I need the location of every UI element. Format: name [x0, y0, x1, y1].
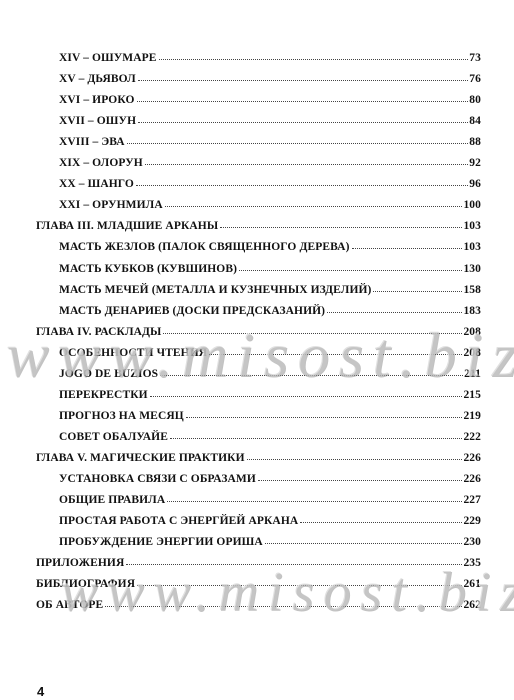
- toc-entry-page: 84: [469, 115, 481, 127]
- toc-entry: ОСОБЕННОСТИ ЧТЕНИЯ208: [59, 339, 481, 359]
- toc-entry: ОБЩИЕ ПРАВИЛА227: [59, 486, 481, 506]
- toc-entry-title: ОСОБЕННОСТИ ЧТЕНИЯ: [59, 347, 208, 359]
- toc-entry-title: XVII – ОШУН: [59, 115, 137, 127]
- toc-entry-title: МАСТЬ ДЕНАРИЕВ (ДОСКИ ПРЕДСКАЗАНИЙ): [59, 305, 326, 317]
- toc-entry-page: 100: [463, 199, 481, 211]
- toc-entry-title: ОБЩИЕ ПРАВИЛА: [59, 494, 166, 506]
- toc-entry-title: ПРОСТАЯ РАБОТА С ЭНЕРГЙЕЙ АРКАНА: [59, 515, 299, 527]
- dot-leader: [167, 501, 462, 502]
- toc-entry-page: 88: [469, 136, 481, 148]
- toc-entry-title: ПЕРЕКРЕСТКИ: [59, 389, 149, 401]
- toc-entry-page: 227: [463, 494, 481, 506]
- toc-entry-page: 80: [469, 94, 481, 106]
- dot-leader: [209, 354, 462, 355]
- toc-entry: ПЕРЕКРЕСТКИ215: [59, 381, 481, 401]
- dot-leader: [145, 164, 469, 165]
- dot-leader: [137, 585, 462, 586]
- toc-entry: МАСТЬ ДЕНАРИЕВ (ДОСКИ ПРЕДСКАЗАНИЙ)183: [59, 297, 481, 317]
- toc-chapter-entry: ГЛАВА V. МАГИЧЕСКИЕ ПРАКТИКИ226: [36, 444, 481, 464]
- toc-entry-page: 103: [463, 241, 481, 253]
- toc-entry-title: ПРОГНОЗ НА МЕСЯЦ: [59, 410, 185, 422]
- toc-entry: МАСТЬ МЕЧЕЙ (МЕТАЛЛА И КУЗНЕЧНЫХ ИЗДЕЛИЙ…: [59, 276, 481, 296]
- toc-entry-page: 235: [463, 557, 481, 569]
- toc-entry: XXI – ОРУНМИЛА100: [59, 191, 481, 211]
- dot-leader: [220, 227, 462, 228]
- toc-entry-page: 229: [463, 515, 481, 527]
- toc-entry-title: ГЛАВА V. МАГИЧЕСКИЕ ПРАКТИКИ: [36, 452, 246, 464]
- toc-entry-title: ГЛАВА IV. РАСКЛАДЫ: [36, 326, 162, 338]
- dot-leader: [239, 270, 462, 271]
- toc-entry-page: 222: [463, 431, 481, 443]
- dot-leader: [165, 206, 463, 207]
- toc-entry-title: XV – ДЬЯВОЛ: [59, 73, 137, 85]
- toc-entry-title: МАСТЬ МЕЧЕЙ (МЕТАЛЛА И КУЗНЕЧНЫХ ИЗДЕЛИЙ…: [59, 284, 372, 296]
- toc-entry: XX – ШАНГО96: [59, 170, 481, 190]
- toc-entry-title: XVIII – ЭВА: [59, 136, 126, 148]
- toc-entry-page: 230: [463, 536, 481, 548]
- toc-entry-page: 76: [469, 73, 481, 85]
- toc-entry-title: XX – ШАНГО: [59, 178, 135, 190]
- toc-chapter-entry: БИБЛИОГРАФИЯ261: [36, 570, 481, 590]
- toc-entry-page: 73: [469, 52, 481, 64]
- toc-entry: JOGO DE BUZIOS211: [59, 360, 481, 380]
- toc-entry-title: МАСТЬ КУБКОВ (КУВШИНОВ): [59, 263, 238, 275]
- toc-entry-page: 261: [463, 578, 481, 590]
- toc-entry-title: ОБ АВТОРЕ: [36, 599, 104, 611]
- dot-leader: [126, 564, 462, 565]
- toc-entry: МАСТЬ ЖЕЗЛОВ (ПАЛОК СВЯЩЕННОГО ДЕРЕВА)10…: [59, 233, 481, 253]
- toc-chapter-entry: ГЛАВА IV. РАСКЛАДЫ208: [36, 318, 481, 338]
- toc-entry-title: УСТАНОВКА СВЯЗИ С ОБРАЗАМИ: [59, 473, 257, 485]
- dot-leader: [163, 333, 462, 334]
- toc-entry: XVII – ОШУН84: [59, 107, 481, 127]
- dot-leader: [265, 543, 463, 544]
- toc-entry: ПРОБУЖДЕНИЕ ЭНЕРГИИ ОРИША230: [59, 528, 481, 548]
- toc-entry-page: 211: [464, 368, 481, 380]
- toc-entry-page: 208: [463, 347, 481, 359]
- dot-leader: [373, 291, 462, 292]
- toc-entry-page: 226: [463, 452, 481, 464]
- toc-entry: XVIII – ЭВА88: [59, 128, 481, 148]
- toc-entry-page: 226: [463, 473, 481, 485]
- toc-entry-title: JOGO DE BUZIOS: [59, 368, 159, 380]
- toc-chapter-entry: ПРИЛОЖЕНИЯ235: [36, 549, 481, 569]
- toc-entry: ПРОГНОЗ НА МЕСЯЦ219: [59, 402, 481, 422]
- toc-entry-page: 96: [469, 178, 481, 190]
- dot-leader: [150, 396, 463, 397]
- dot-leader: [327, 312, 462, 313]
- toc-entry-page: 158: [463, 284, 481, 296]
- dot-leader: [186, 417, 463, 418]
- toc-entry-title: XXI – ОРУНМИЛА: [59, 199, 164, 211]
- toc-entry: XV – ДЬЯВОЛ76: [59, 65, 481, 85]
- dot-leader: [138, 80, 468, 81]
- toc-entry-title: XIV – ОШУМАРЕ: [59, 52, 158, 64]
- toc-entry-page: 130: [463, 263, 481, 275]
- toc-entry-page: 219: [463, 410, 481, 422]
- toc-chapter-entry: ОБ АВТОРЕ262: [36, 591, 481, 611]
- toc-entry-title: XIX – ОЛОРУН: [59, 157, 144, 169]
- toc-entry: XIX – ОЛОРУН92: [59, 149, 481, 169]
- toc-chapter-entry: ГЛАВА III. МЛАДШИЕ АРКАНЫ103: [36, 212, 481, 232]
- toc-entry: XIV – ОШУМАРЕ73: [59, 44, 481, 64]
- toc-entry-page: 208: [463, 326, 481, 338]
- toc-entry-title: XVI – ИРОКО: [59, 94, 136, 106]
- toc-entry-page: 262: [463, 599, 481, 611]
- dot-leader: [138, 122, 468, 123]
- dot-leader: [136, 185, 468, 186]
- dot-leader: [159, 59, 469, 60]
- toc-entry-page: 183: [463, 305, 481, 317]
- toc-entry-page: 103: [463, 220, 481, 232]
- toc-entry: XVI – ИРОКО80: [59, 86, 481, 106]
- toc-entry-title: ПРОБУЖДЕНИЕ ЭНЕРГИИ ОРИША: [59, 536, 264, 548]
- toc-entry-title: СОВЕТ ОБАЛУАЙЕ: [59, 431, 169, 443]
- dot-leader: [258, 480, 463, 481]
- toc-entry-title: ПРИЛОЖЕНИЯ: [36, 557, 125, 569]
- toc-entry-page: 215: [463, 389, 481, 401]
- dot-leader: [105, 606, 462, 607]
- toc-entry: МАСТЬ КУБКОВ (КУВШИНОВ)130: [59, 255, 481, 275]
- dot-leader: [247, 459, 463, 460]
- toc-entry: ПРОСТАЯ РАБОТА С ЭНЕРГЙЕЙ АРКАНА229: [59, 507, 481, 527]
- toc-entry-title: МАСТЬ ЖЕЗЛОВ (ПАЛОК СВЯЩЕННОГО ДЕРЕВА): [59, 241, 351, 253]
- dot-leader: [300, 522, 462, 523]
- dot-leader: [352, 248, 463, 249]
- toc-entry: СОВЕТ ОБАЛУАЙЕ222: [59, 423, 481, 443]
- page-number: 4: [37, 684, 44, 699]
- toc-entry-title: БИБЛИОГРАФИЯ: [36, 578, 136, 590]
- dot-leader: [160, 375, 463, 376]
- dot-leader: [127, 143, 469, 144]
- toc-entry-title: ГЛАВА III. МЛАДШИЕ АРКАНЫ: [36, 220, 219, 232]
- toc-entry: УСТАНОВКА СВЯЗИ С ОБРАЗАМИ226: [59, 465, 481, 485]
- dot-leader: [170, 438, 462, 439]
- toc-entry-page: 92: [469, 157, 481, 169]
- dot-leader: [137, 101, 469, 102]
